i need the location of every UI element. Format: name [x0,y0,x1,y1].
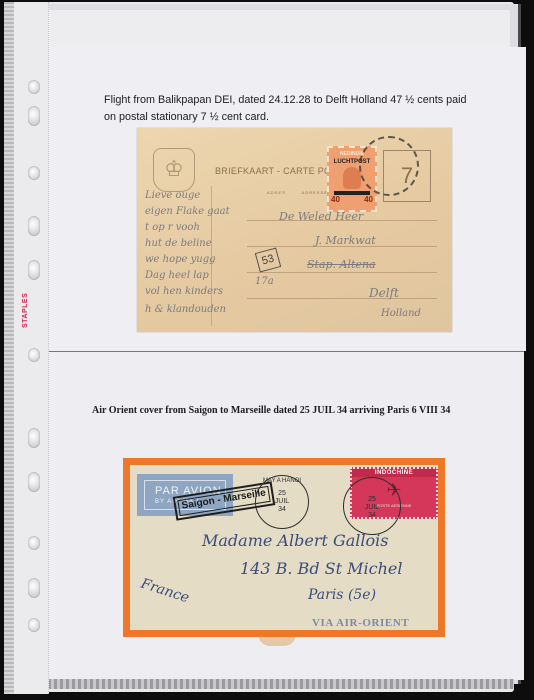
message-line: h & klandouden [145,304,226,315]
message-line: Dag heel lap [145,270,209,281]
recipient-line: Paris (5e) [308,587,376,603]
recipient-line: Madame Albert Gallois [202,531,389,550]
postmark-month: JUIL [256,498,308,506]
address-line: Delft [369,286,399,300]
postmark-month: JUIL [344,504,400,512]
postmark-date: 25 JUIL 34 [344,496,400,520]
address-rule [247,298,437,299]
stamp-value: 40 [364,195,373,204]
punch-hole [28,106,40,126]
punch-hole [28,216,40,236]
stamp-country: INDOCHINE [352,469,436,477]
upper-item-caption: Flight from Balikpapan DEI, dated 24.12.… [104,92,514,126]
sleeve-bottom-edge [48,679,514,689]
lower-item-caption: Air Orient cover from Saigon to Marseill… [92,405,512,416]
postmark-year: 34 [256,506,308,514]
punch-hole [28,80,40,94]
punch-hole [28,166,40,180]
destination-country: France [139,576,191,607]
punch-hole [28,428,40,448]
punch-hole [28,260,40,280]
address-rule [247,272,437,273]
postmark-on-stamp: 25 JUIL 34 [343,477,401,535]
postmark-day: 25 [344,496,400,504]
address-line: Holland [381,308,421,319]
stamp-value-row: 4040 [329,195,375,204]
postmark-day: 25 [256,490,308,498]
punch-hole [28,578,40,598]
address-line: Stap. Altena [307,258,376,271]
message-line: hut de beline [145,238,212,249]
portrait-icon [343,167,361,189]
recipient-line: 143 B. Bd St Michel [240,559,402,578]
punch-hole [28,618,40,632]
card-address-labels: ADRES ADRESSE [267,190,328,195]
postmark-date: 25 JUIL 34 [256,490,308,514]
message-line: t op r vooh [145,222,200,233]
postal-stationery-card: ♔ BRIEFKAART - CARTE POSTALE ADRES ADRES… [137,128,452,332]
message-line: eigen Flake gaat [145,206,230,217]
airline-imprint: VIA AIR-ORIENT [312,617,409,629]
binder-strip-edge [4,2,14,694]
postmark-hanoi: MAY A HANOI 25 JUIL 34 [255,475,309,529]
stamp-value: 40 [331,195,340,204]
caption-line: on postal stationary 7 ½ cent card. [104,109,514,126]
message-line: we hope yugg [145,254,216,265]
message-line: Lieve ouge [145,190,200,201]
staples-brand-label: STAPLES [22,290,38,330]
air-orient-envelope: PAR AVION BY AIR MAIL Saigon - Marseille… [123,458,445,637]
postmark-text: MAY A HANOI [256,478,308,484]
postmark-year: 34 [344,512,400,520]
boxed-marking: 53 [255,247,281,272]
card-note: 17a [255,276,274,287]
punch-hole [28,536,40,550]
top-sheet-edge [44,10,510,50]
punch-hole [28,472,40,492]
coat-of-arms-icon: ♔ [153,148,195,192]
postmark-cancel-icon [359,136,419,196]
punch-hole [28,348,40,362]
address-line: J. Markwat [315,234,376,247]
address-line: De Weled Heer [279,210,363,223]
caption-line: Flight from Balikpapan DEI, dated 24.12.… [104,92,514,109]
message-line: vol hen kinders [145,286,223,297]
